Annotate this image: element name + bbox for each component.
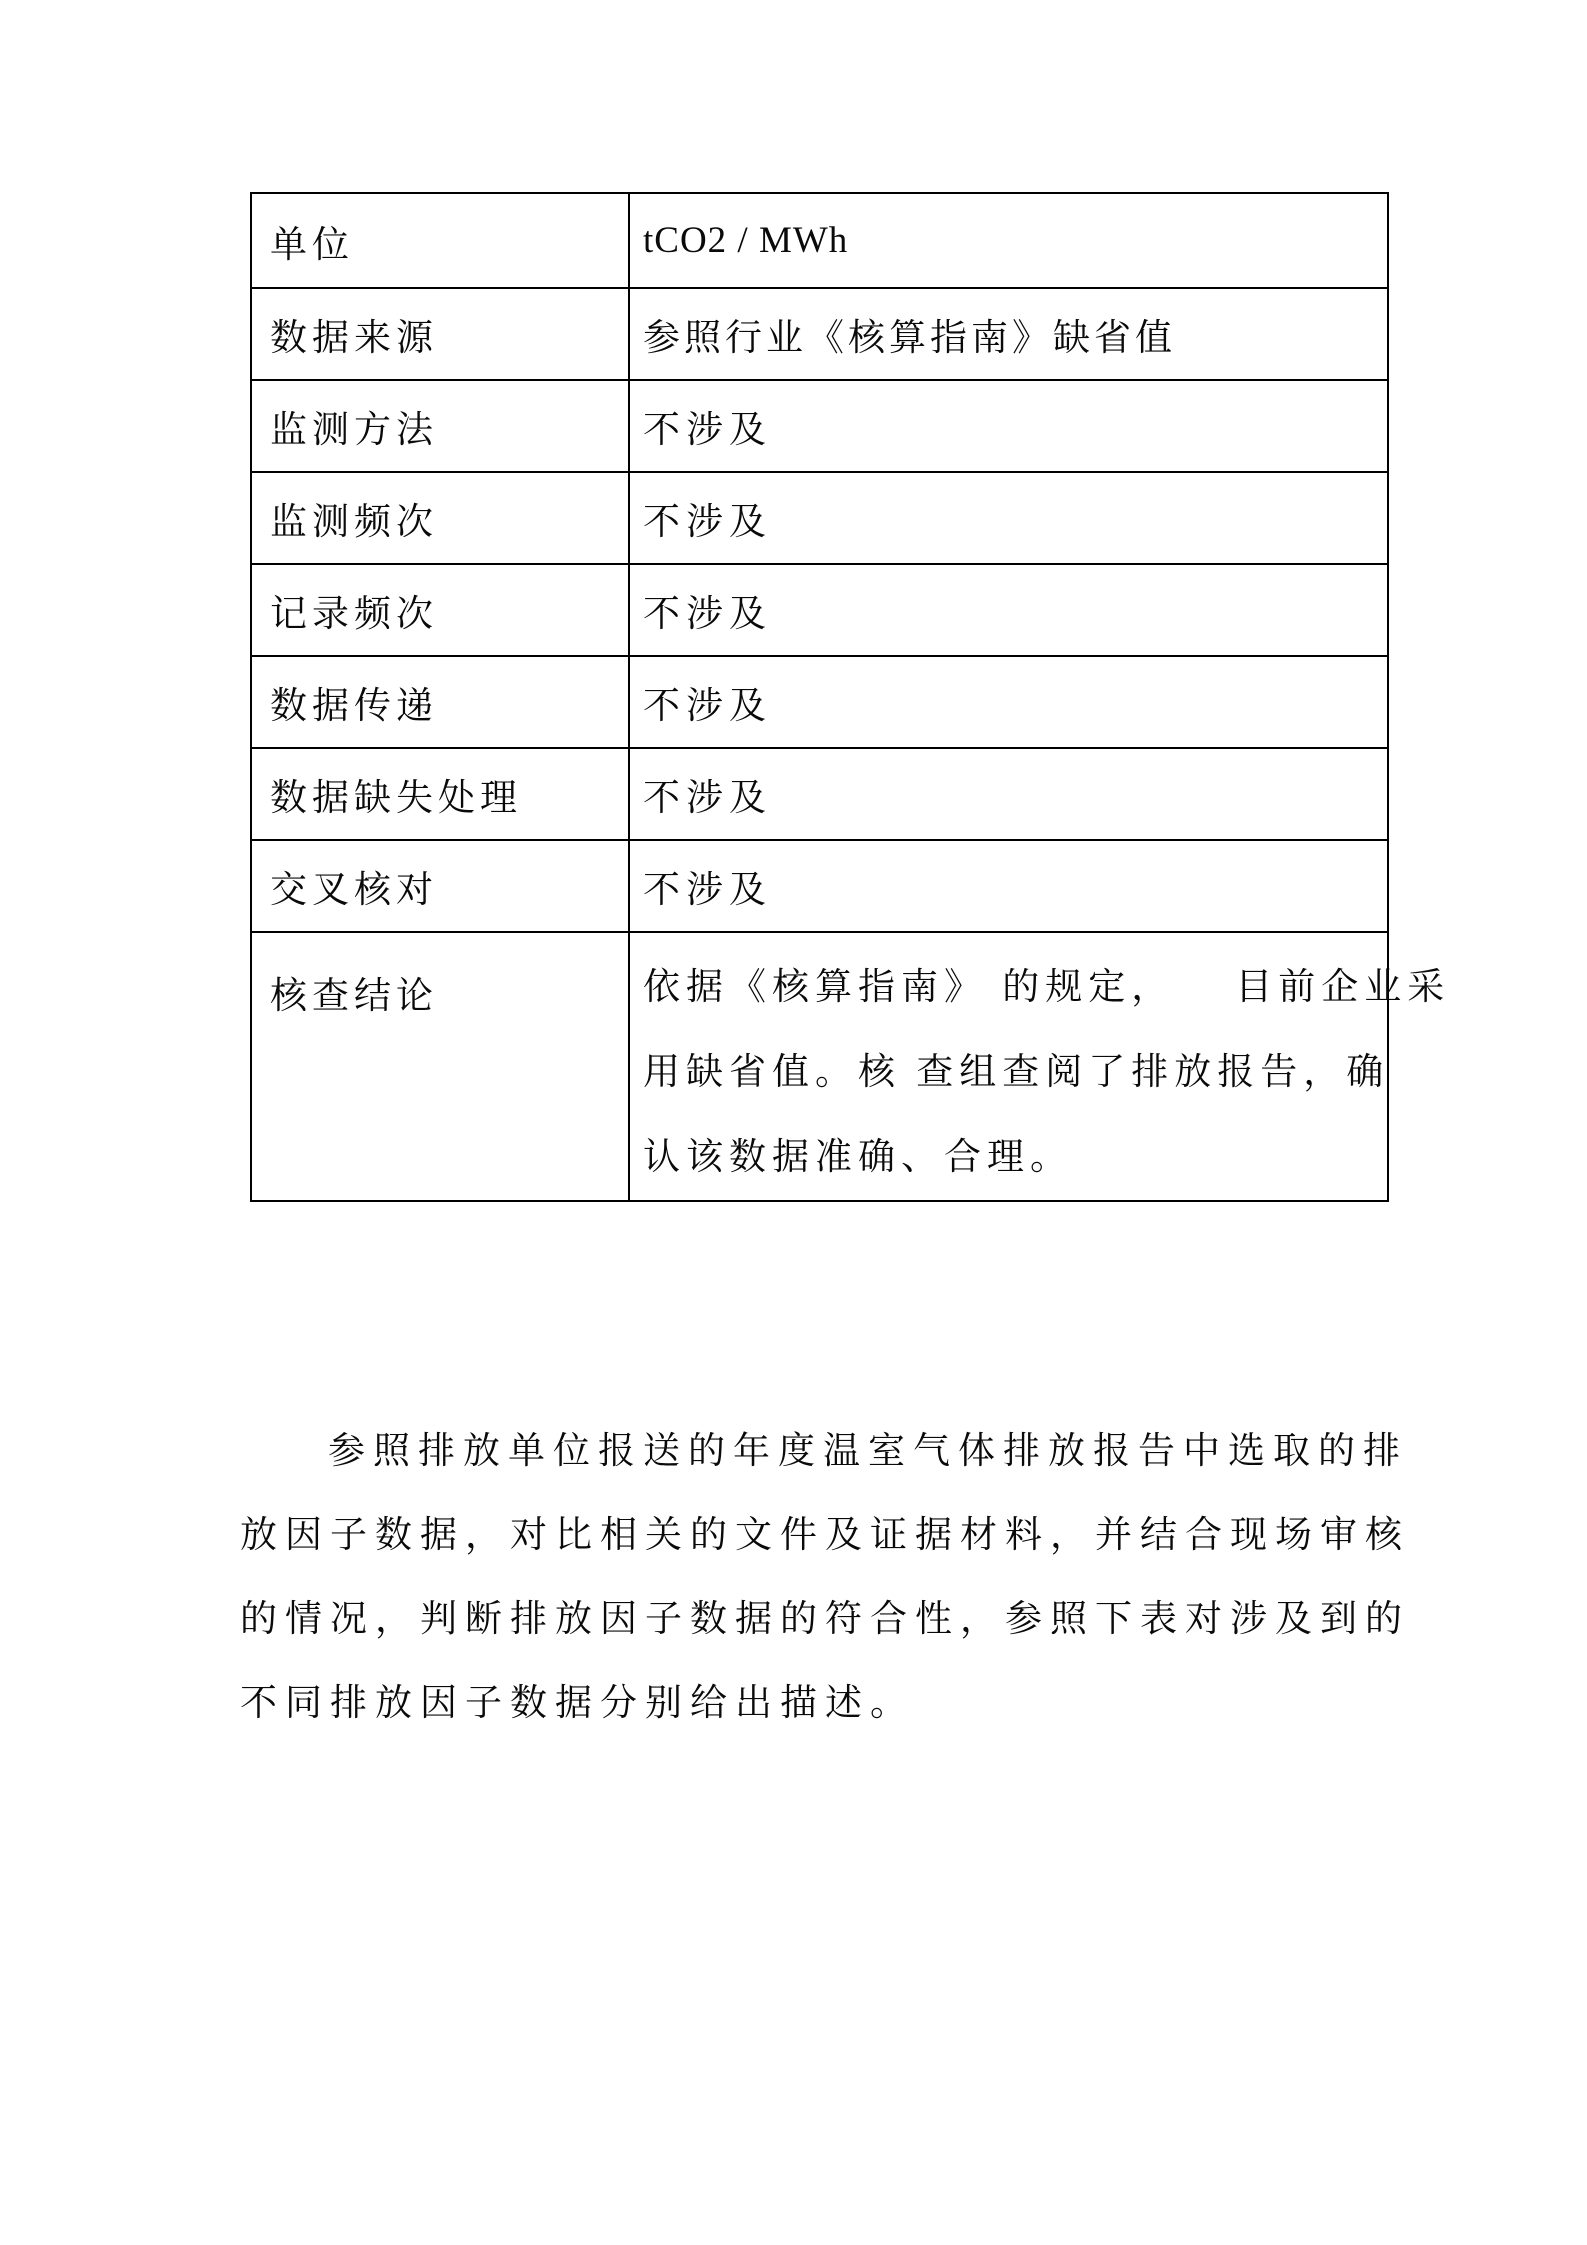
row-label: 监测频次 — [251, 472, 629, 564]
row-label: 核查结论 — [251, 932, 629, 1201]
row-value: 不涉及 — [629, 472, 1388, 564]
row-value: 不涉及 — [629, 840, 1388, 932]
paragraph-line: 放因子数据，对比相关的文件及证据材料，并结合现场审核 — [240, 1494, 1530, 1578]
row-label: 记录频次 — [251, 564, 629, 656]
table-row: 数据传递 不涉及 — [251, 656, 1388, 748]
row-label: 数据缺失处理 — [251, 748, 629, 840]
document-page: 单位 tCO2 / MWh 数据来源 参照行业《核算指南》缺省值 监测方法 不涉… — [0, 0, 1587, 2245]
table-row: 监测频次 不涉及 — [251, 472, 1388, 564]
body-paragraph: 参照排放单位报送的年度温室气体排放报告中选取的排 放因子数据，对比相关的文件及证… — [240, 1410, 1530, 1746]
row-label: 数据传递 — [251, 656, 629, 748]
row-label: 监测方法 — [251, 380, 629, 472]
conclusion-line: 认该数据准确、合理。 — [643, 1115, 1387, 1200]
table-row: 监测方法 不涉及 — [251, 380, 1388, 472]
row-label: 单位 — [251, 193, 629, 288]
row-value: 参照行业《核算指南》缺省值 — [629, 288, 1388, 380]
row-value: 不涉及 — [629, 380, 1388, 472]
row-value-multiline: 依据《核算指南》 的规定， 目前企业采 用缺省值。核 查组查阅了排放报告，确 认… — [629, 932, 1388, 1201]
paragraph-line: 的情况，判断排放因子数据的符合性，参照下表对涉及到的 — [240, 1578, 1530, 1662]
table-row: 交叉核对 不涉及 — [251, 840, 1388, 932]
paragraph-line: 参照排放单位报送的年度温室气体排放报告中选取的排 — [240, 1410, 1530, 1494]
row-value: 不涉及 — [629, 564, 1388, 656]
row-value: 不涉及 — [629, 656, 1388, 748]
table-row: 数据来源 参照行业《核算指南》缺省值 — [251, 288, 1388, 380]
row-value: 不涉及 — [629, 748, 1388, 840]
conclusion-line: 用缺省值。核 查组查阅了排放报告，确 — [643, 1030, 1387, 1115]
conclusion-line: 依据《核算指南》 的规定， 目前企业采 — [643, 945, 1387, 1030]
row-label: 数据来源 — [251, 288, 629, 380]
table-row-conclusion: 核查结论 依据《核算指南》 的规定， 目前企业采 用缺省值。核 查组查阅了排放报… — [251, 932, 1388, 1201]
emission-factor-table: 单位 tCO2 / MWh 数据来源 参照行业《核算指南》缺省值 监测方法 不涉… — [250, 192, 1389, 1202]
row-label: 交叉核对 — [251, 840, 629, 932]
row-value: tCO2 / MWh — [629, 193, 1388, 288]
table-row: 记录频次 不涉及 — [251, 564, 1388, 656]
paragraph-line: 不同排放因子数据分别给出描述。 — [240, 1662, 1530, 1746]
table-row: 单位 tCO2 / MWh — [251, 193, 1388, 288]
table-row: 数据缺失处理 不涉及 — [251, 748, 1388, 840]
